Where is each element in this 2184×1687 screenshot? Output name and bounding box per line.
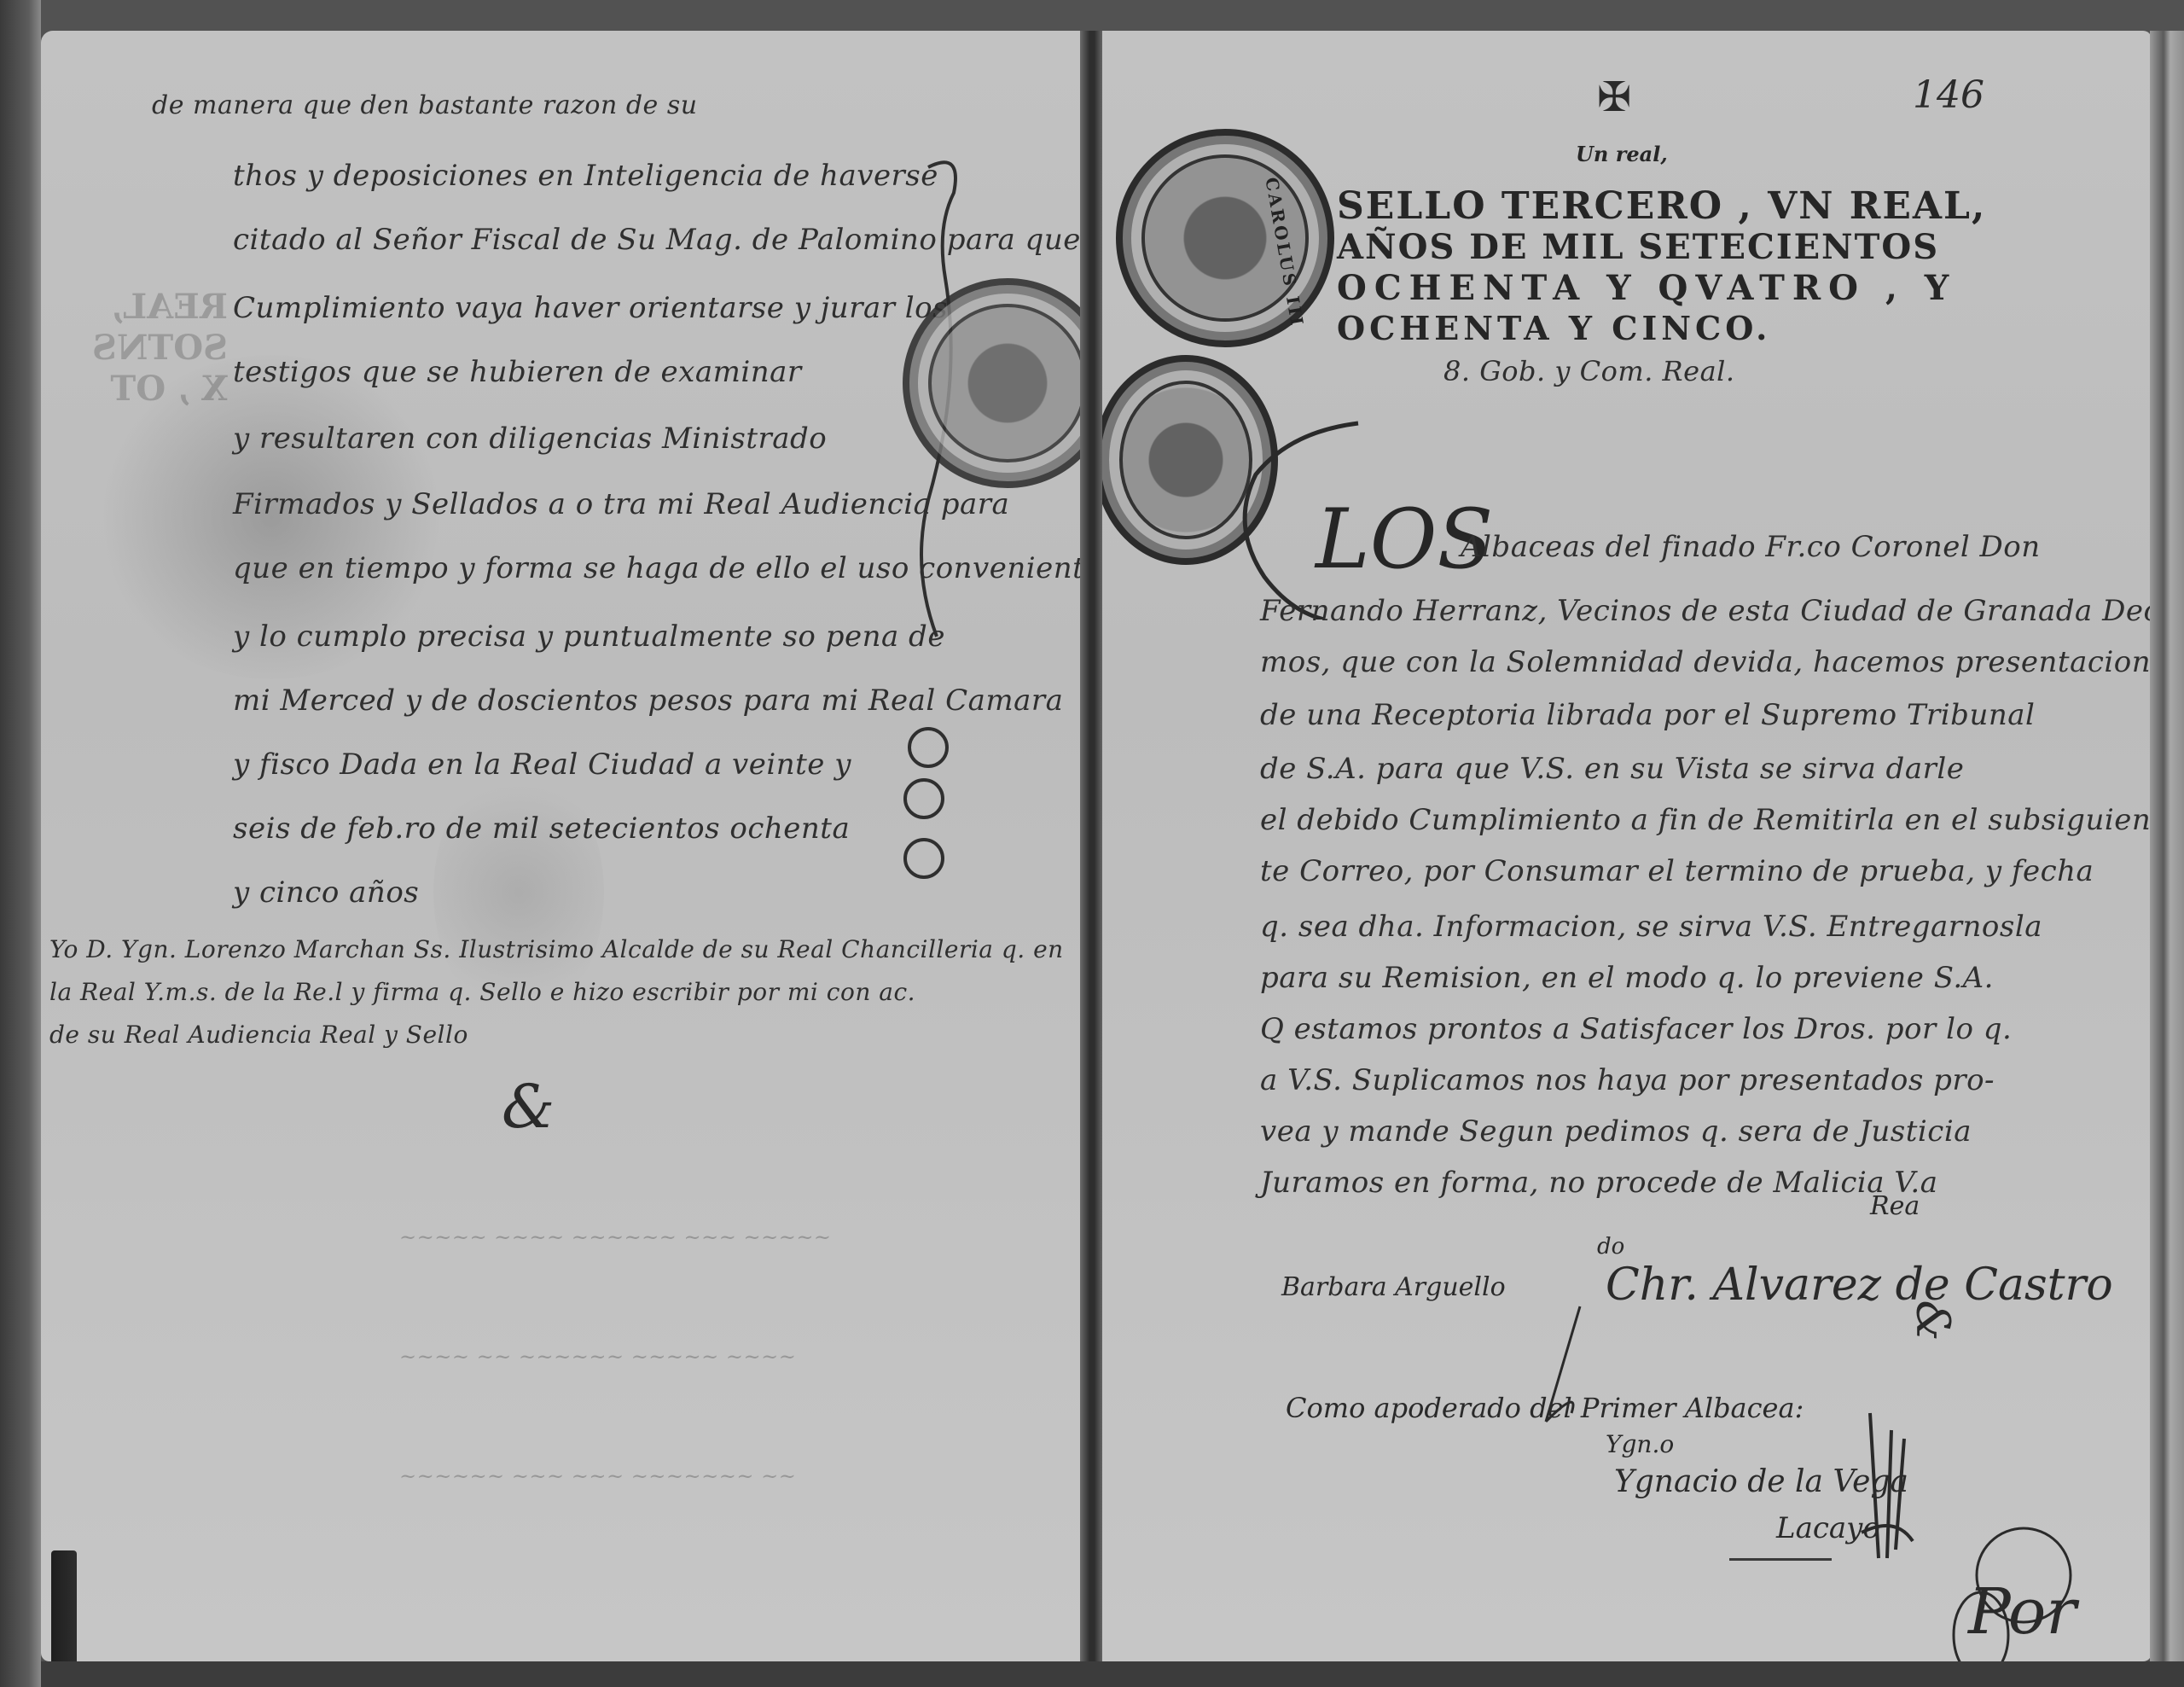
signature-underline [1729, 1558, 1832, 1561]
stamp-line-2: AÑOS DE MIL SETECIENTOS [1337, 227, 1939, 267]
rubric-mark: & [502, 1072, 555, 1142]
signature-barbara-arguello: Barbara Arguello [1281, 1272, 1506, 1302]
attestation-line: de su Real Audiencia Real y Sello [49, 1021, 468, 1049]
stamp-annotation: 8. Gob. y Com. Real. [1443, 355, 1735, 387]
body-line: y lo cumplo precisa y puntualmente so pe… [233, 620, 945, 654]
body-line: de S.A. para que V.S. en su Vista se sir… [1260, 752, 1964, 786]
stamp-line-1: SELLO TERCERO , VN REAL, [1337, 184, 1986, 228]
margin-flourish [877, 133, 979, 901]
binding-edge-left [0, 0, 41, 1687]
proxy-statement: Como apoderado del Primer Albacea: [1286, 1392, 1804, 1424]
body-line: Q estamos prontos a Satisfacer los Dros.… [1260, 1012, 2012, 1046]
stamp-line-4: OCHENTA Y CINCO. [1337, 309, 1771, 347]
stamp-line-3: OCHENTA Y QVATRO , Y [1337, 268, 1956, 308]
body-line: testigos que se hubieren de examinar [233, 355, 802, 389]
body-line: y fisco Dada en la Real Ciudad a veinte … [233, 748, 851, 782]
body-line: y resultaren con diligencias Ministrado [233, 422, 827, 456]
rubric-strokes [1844, 1405, 1930, 1575]
left-page: REAL, SOTNS X , OT de manera que den bas… [41, 31, 1083, 1661]
stamp-value: Un real, [1576, 142, 1668, 166]
closing-mark-por: Por [1968, 1575, 2077, 1649]
body-line: Cumplimiento vaya haver orientarse y jur… [233, 291, 948, 325]
body-line: y cinco años [233, 875, 419, 910]
body-line: de manera que den bastante razon de su [152, 90, 698, 120]
folio-number: 146 [1913, 73, 1984, 117]
body-line: de una Receptoria librada por el Supremo… [1260, 698, 2035, 732]
book-gutter [1080, 31, 1104, 1661]
cross-icon: ✠ [1597, 73, 1631, 121]
body-line: Juramos en forma, no procede de Malicia … [1260, 1166, 1938, 1200]
superscript-rea: Rea [1870, 1191, 1920, 1221]
body-line: para su Remision, en el modo q. lo previ… [1260, 961, 1994, 995]
body-line: vea y mande Segun pedimos q. sera de Jus… [1260, 1114, 1972, 1149]
body-line: mos, que con la Solemnidad devida, hacem… [1260, 645, 2151, 679]
bleed-through-text: ~~~~ ~~ ~~~~~~ ~~~~~ ~~~~ [399, 1345, 796, 1369]
right-page: 146 ✠ Un real, SELLO TERCERO , VN REAL, … [1102, 31, 2152, 1661]
attestation-line: Yo D. Ygn. Lorenzo Marchan Ss. Ilustrisi… [49, 935, 1064, 963]
attestation-line: la Real Y.m.s. de la Re.l y firma q. Sel… [49, 978, 915, 1006]
witness-superscript: Ygn.o [1606, 1430, 1674, 1458]
body-line: te Correo, por Consumar el termino de pr… [1260, 854, 2094, 888]
binding-clip [51, 1550, 77, 1661]
body-line: el debido Cumplimiento a fin de Remitirl… [1260, 803, 2152, 837]
body-line: thos y deposiciones en Inteligencia de h… [233, 159, 938, 193]
bleed-through-print: REAL, SOTNS X , OT [92, 287, 228, 410]
body-line: Fernando Herranz, Vecinos de esta Ciudad… [1260, 594, 2152, 628]
body-line: q. sea dha. Informacion, se sirva V.S. E… [1260, 910, 2042, 944]
superscript-do: do [1597, 1234, 1624, 1259]
body-line: Albaceas del finado Fr.co Coronel Don [1461, 530, 2041, 564]
scan-bottom-edge [41, 1661, 2184, 1687]
next-page-edge [2150, 31, 2184, 1661]
signature-main: Chr. Alvarez de Castro [1606, 1259, 2113, 1311]
body-line: a V.S. Suplicamos nos haya por presentad… [1260, 1063, 1995, 1097]
bleed-through-text: ~~~~~ ~~~~ ~~~~~~ ~~~ ~~~~~ [399, 1225, 832, 1249]
bleed-through-text: ~~~~~~ ~~~ ~~~ ~~~~~~~ ~~ [399, 1464, 796, 1488]
body-line: seis de feb.ro de mil setecientos ochent… [233, 812, 850, 846]
signature-flourish: & [1907, 1300, 1960, 1341]
